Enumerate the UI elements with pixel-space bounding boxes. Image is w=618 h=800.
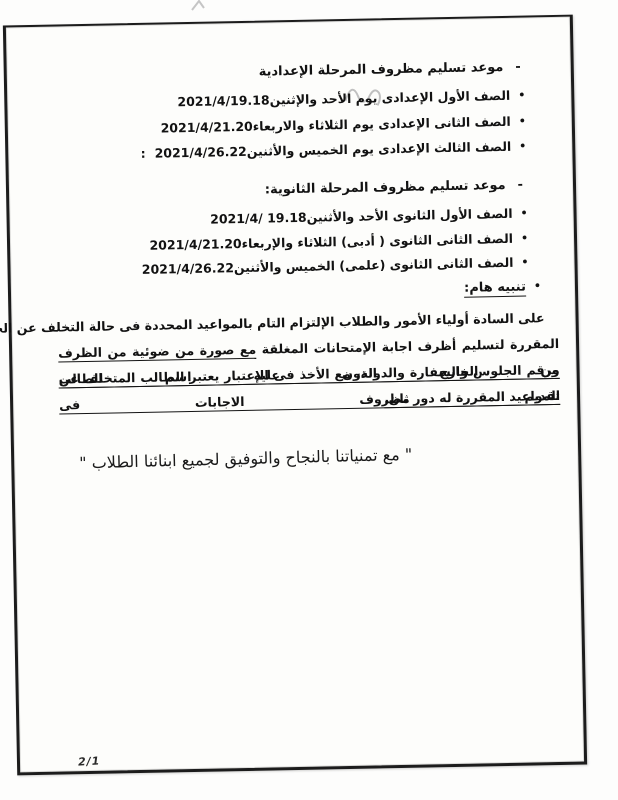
- bullet-icon: •: [518, 89, 525, 102]
- closing-wishes: " مع تمنياتنا بالنجاح والتوفيق لجميع ابن…: [132, 445, 412, 471]
- notice-heading: •تنبيه هام:: [11, 279, 575, 305]
- schedule-item-prep-1: •الصف الأول الإعدادى يوم الأحد والإثنين2…: [7, 87, 571, 113]
- section-heading-secondary: -موعد تسليم مظروف المرحلة الثانوية:: [9, 177, 573, 203]
- schedule-item-suffix: :: [140, 146, 145, 161]
- schedule-item-prep-3: •الصف الثالث الإعدادى يوم الخميس والأثني…: [8, 138, 572, 164]
- notice-line-4-underlined: المواعيد المقررة له دور ثان.: [384, 388, 561, 408]
- document-page: -موعد تسليم مظروف المرحلة الإعدادية •الص…: [3, 15, 587, 776]
- dash-icon: -: [517, 178, 523, 193]
- bullet-icon: •: [521, 255, 528, 268]
- schedule-item-text: الصف الأول الثانوى الأحد والأثنين: [307, 206, 513, 225]
- section-heading-label: موعد تسليم مظروف المرحلة الثانوية:: [265, 178, 506, 198]
- schedule-item-date: 2021/4/ 19.18: [210, 210, 307, 227]
- schedule-item-text: الصف الأول الإعدادى يوم الأحد والإثنين: [269, 88, 510, 108]
- notice-paragraph: على السادة أولياء الأمور والطلاب الإلتزا…: [11, 305, 577, 420]
- schedule-item-date: 2021/4/26.22: [142, 260, 234, 277]
- schedule-item-date: 2021/4/21.20: [161, 119, 253, 136]
- page-number: 2/1: [78, 754, 101, 768]
- schedule-item-text: الصف الثانى الإعدادى يوم الثلاثاء والارب…: [253, 114, 511, 134]
- notice-line-2-plain: المقررة لتسليم أظرف اجابة الإمتحانات الم…: [262, 336, 560, 357]
- schedule-item-text: الصف الثانى الثانوى (علمى) الخميس والأثن…: [234, 255, 514, 275]
- bullet-icon: •: [519, 140, 526, 153]
- schedule-item-date: 2021/4/19.18: [177, 92, 269, 109]
- bullet-icon: •: [519, 115, 526, 128]
- scan-noise-mark: [190, 0, 208, 12]
- schedule-item-date: 2021/4/21.20: [149, 236, 241, 253]
- schedule-item-text: الصف الثانى الثانوى ( أدبى) الثلاثاء وال…: [242, 231, 514, 251]
- schedule-item-sec-2: •الصف الثانى الثانوى ( أدبى) الثلاثاء وا…: [10, 230, 574, 256]
- schedule-item-prep-2: •الصف الثانى الإعدادى يوم الثلاثاء والار…: [8, 113, 572, 139]
- bullet-icon: •: [520, 207, 527, 220]
- schedule-item-date: 2021/4/26.22: [154, 144, 246, 161]
- schedule-item-text: الصف الثالث الإعدادى يوم الخميس والأثنين: [247, 139, 512, 159]
- dash-icon: -: [515, 60, 521, 75]
- bullet-icon: •: [534, 279, 541, 292]
- schedule-item-sec-1: •الصف الأول الثانوى الأحد والأثنين2021/4…: [10, 205, 574, 231]
- bullet-icon: •: [521, 231, 528, 244]
- schedule-item-sec-3: •الصف الثانى الثانوى (علمى) الخميس والأث…: [10, 254, 574, 280]
- scan-background: -موعد تسليم مظروف المرحلة الإعدادية •الص…: [0, 0, 618, 800]
- section-heading-preparatory: -موعد تسليم مظروف المرحلة الإعدادية: [7, 59, 571, 85]
- notice-heading-label: تنبيه هام:: [464, 280, 526, 298]
- section-heading-label: موعد تسليم مظروف المرحلة الإعدادية: [259, 60, 504, 80]
